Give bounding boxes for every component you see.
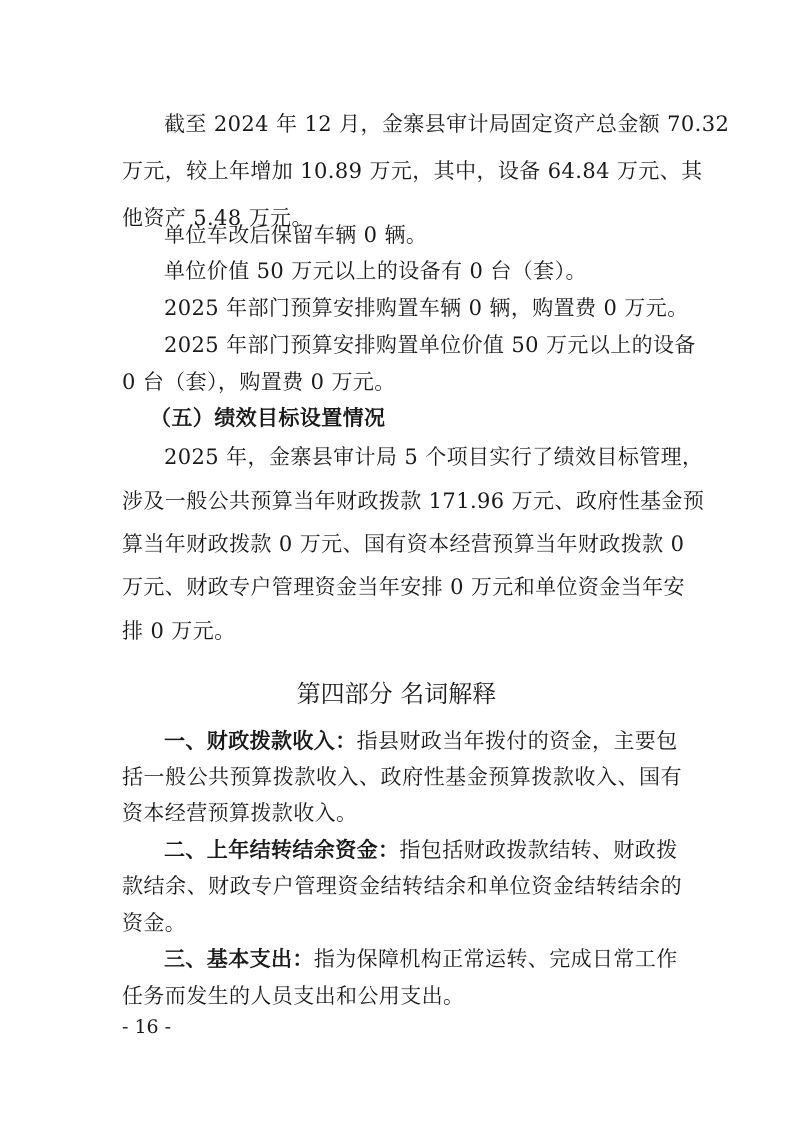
term-1-label: 一、财政拨款收入： — [164, 729, 357, 753]
term-2-line: 款结余、财政专户管理资金结转结余和单位资金结转结余的 — [122, 872, 682, 900]
assets-paragraph-line: 万元，较上年增加 10.89 万元，其中，设备 64.84 万元、其 — [122, 157, 682, 185]
performance-line: 排 0 万元。 — [122, 617, 682, 645]
assets-paragraph-line: 截至 2024 年 12 月，金寨县审计局固定资产总金额 70.32 — [164, 110, 682, 138]
equipment-budget-line: 0 台（套），购置费 0 万元。 — [122, 368, 682, 396]
term-3-text: 指为保障机构正常运转、完成日常工作 — [314, 947, 678, 971]
term-1-line: 资本经营预算拨款收入。 — [122, 799, 682, 827]
equipment-paragraph: 单位价值 50 万元以上的设备有 0 台（套）。 — [164, 257, 682, 285]
term-2-line: 资金。 — [122, 909, 682, 937]
term-1-line: 括一般公共预算拨款收入、政府性基金预算拨款收入、国有 — [122, 763, 682, 791]
performance-heading: （五）绩效目标设置情况 — [150, 404, 668, 432]
term-1-text: 指县财政当年拨付的资金，主要包 — [357, 729, 678, 753]
term-3-first-line: 三、基本支出：指为保障机构正常运转、完成日常工作 — [164, 945, 682, 973]
equipment-budget-line: 2025 年部门预算安排购置单位价值 50 万元以上的设备 — [164, 331, 682, 359]
performance-line: 算当年财政拨款 0 万元、国有资本经营预算当年财政拨款 0 — [122, 530, 682, 558]
part4-title: 第四部分 名词解释 — [0, 678, 793, 710]
term-2-label: 二、上年结转结余资金： — [164, 838, 399, 862]
performance-line: 涉及一般公共预算当年财政拨款 171.96 万元、政府性基金预 — [122, 487, 682, 515]
term-2-first-line: 二、上年结转结余资金：指包括财政拨款结转、财政拨 — [164, 836, 682, 864]
vehicle-budget-paragraph: 2025 年部门预算安排购置车辆 0 辆，购置费 0 万元。 — [164, 294, 682, 322]
vehicles-paragraph: 单位车改后保留车辆 0 辆。 — [164, 221, 682, 249]
term-3-label: 三、基本支出： — [164, 947, 314, 971]
term-3-line: 任务而发生的人员支出和公用支出。 — [122, 982, 682, 1010]
term-2-text: 指包括财政拨款结转、财政拨 — [399, 838, 677, 862]
term-1-first-line: 一、财政拨款收入：指县财政当年拨付的资金，主要包 — [164, 727, 682, 755]
performance-line: 2025 年，金寨县审计局 5 个项目实行了绩效目标管理， — [164, 443, 682, 471]
page-number: - 16 - — [122, 1015, 171, 1039]
performance-line: 万元、财政专户管理资金当年安排 0 万元和单位资金当年安 — [122, 573, 682, 601]
